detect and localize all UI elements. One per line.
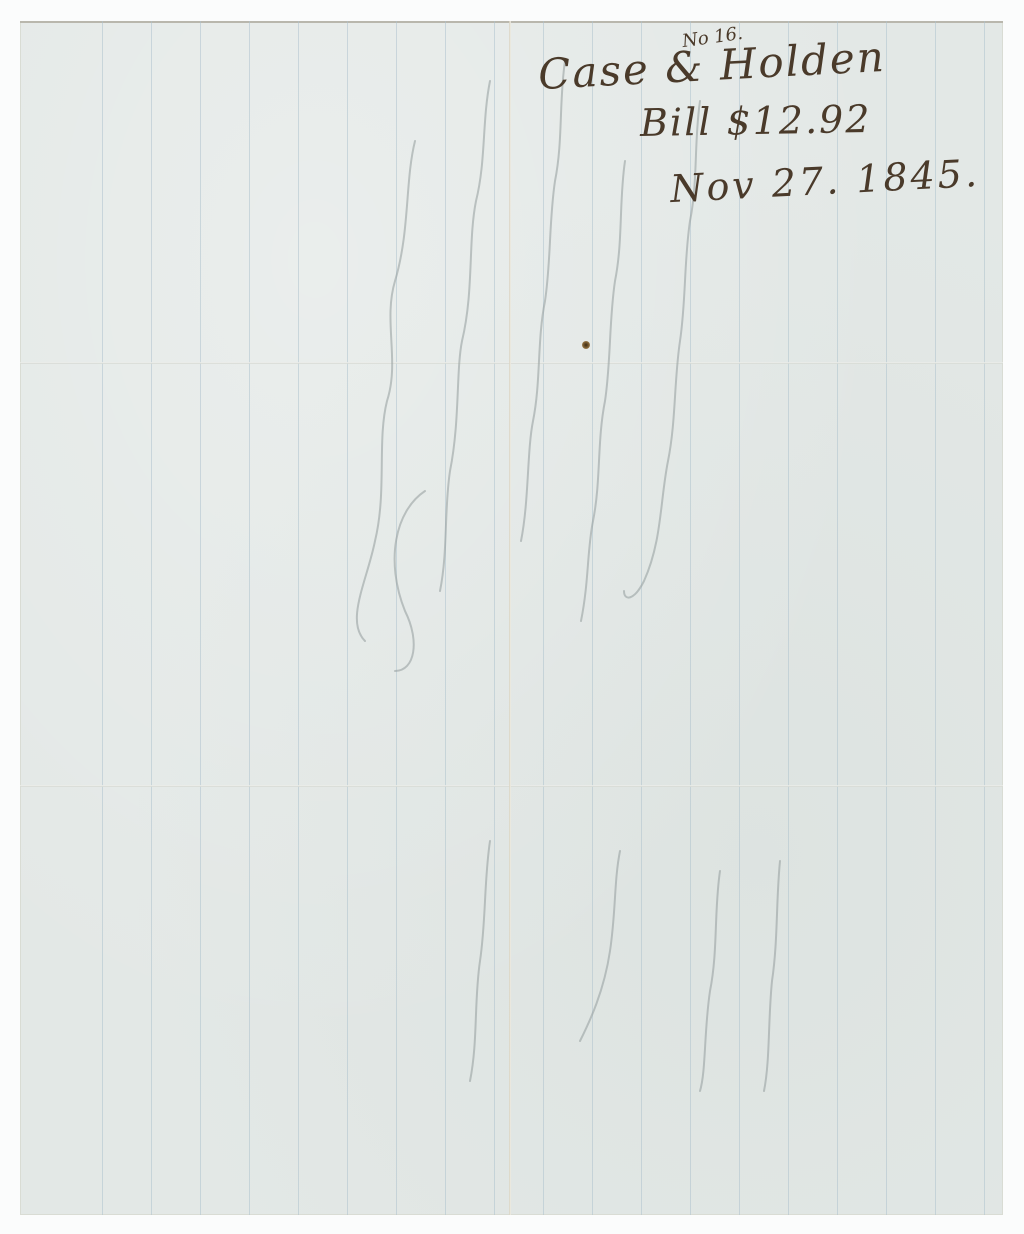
docket-bill-amount: Bill $12.92 xyxy=(640,97,872,145)
ledger-paper: No 16. Case & Holden Bill $12.92 Nov 27.… xyxy=(20,21,1003,1215)
ink-spot xyxy=(582,341,590,349)
